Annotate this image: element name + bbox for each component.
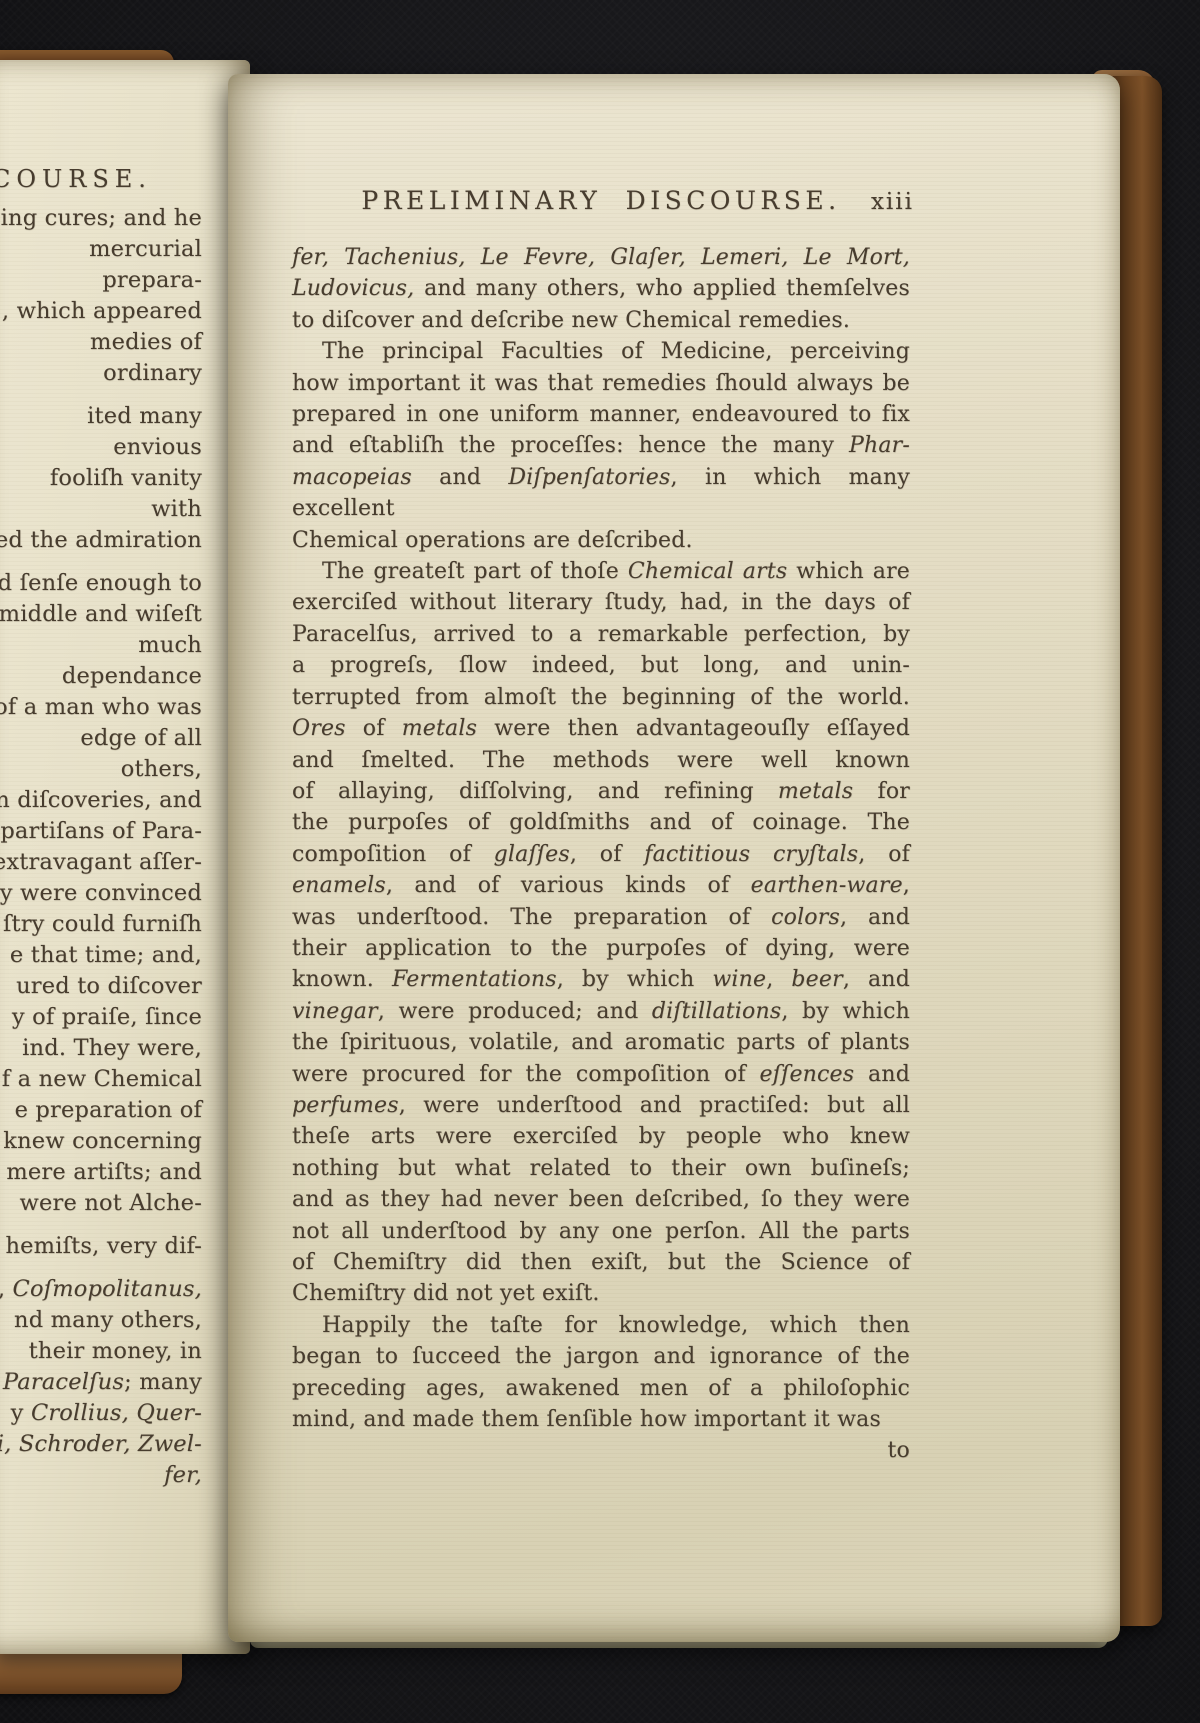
text-line: and as they had never been deſcribed, ſo… xyxy=(292,1184,910,1215)
left-page-body: ing cures; and hemercurial prepara-, whi… xyxy=(0,203,208,1491)
text-line: and ſmelted. The methods were well known xyxy=(292,745,910,776)
text-line: extravagant aſſer- xyxy=(0,847,202,878)
left-page-text: COURSE. ing cures; and hemercurial prepa… xyxy=(0,164,208,1491)
text-line: Ludovicus, and many others, who applied … xyxy=(292,273,910,304)
text-line: e that time; and, xyxy=(0,940,202,971)
text-line: edge of all others, xyxy=(0,723,202,785)
text-line: fer, xyxy=(0,1460,202,1491)
text-line: a progreſs, ſlow indeed, but long, and u… xyxy=(292,650,910,681)
text-line: middle and wiſeſt xyxy=(0,599,202,630)
line-spacer xyxy=(0,1219,202,1231)
text-line: , which appeared xyxy=(0,296,202,327)
text-line: fooliſh vanity with xyxy=(0,463,202,525)
left-page: COURSE. ing cures; and hemercurial prepa… xyxy=(0,60,250,1654)
text-line: nothing but what related to their own bu… xyxy=(292,1153,910,1184)
text-line: ſtry could furniſh xyxy=(0,909,202,940)
text-line: of allaying, diſſolving, and refining me… xyxy=(292,776,910,807)
text-line: prepared in one uniform manner, endeavou… xyxy=(292,399,910,430)
text-line: terrupted from almoſt the beginning of t… xyxy=(292,682,910,713)
text-line: mercurial prepara- xyxy=(0,234,202,296)
text-line: not all underſtood by any one perſon. Al… xyxy=(292,1216,910,1247)
text-line: of a man who was xyxy=(0,692,202,723)
text-line: y Crollius, Quer- xyxy=(0,1398,202,1429)
text-line: ured to diſcover xyxy=(0,971,202,1002)
running-header-title: PRELIMINARY DISCOURSE. xyxy=(361,186,840,215)
text-line: their money, in xyxy=(0,1336,202,1367)
text-line: known. Fermentations, by which wine, bee… xyxy=(292,964,910,995)
right-page: PRELIMINARY DISCOURSE. xiii fer, Tacheni… xyxy=(228,74,1120,1642)
text-line: enamels, and of various kinds of earthen… xyxy=(292,870,910,901)
text-line: ed the admiration xyxy=(0,525,202,556)
text-line: were not Alche- xyxy=(0,1188,202,1219)
text-line: to diſcover and deſcribe new Chemical re… xyxy=(292,305,910,336)
text-line: e preparation of xyxy=(0,1095,202,1126)
text-line: of Chemiſtry did then exiſt, but the Sci… xyxy=(292,1247,910,1278)
text-line: hemiſts, very dif- xyxy=(0,1231,202,1262)
text-line: , Coſmopolitanus, xyxy=(0,1274,202,1305)
text-line: their application to the purpoſes of dyi… xyxy=(292,933,910,964)
text-line: Ores of metals were then advantageouſly … xyxy=(292,713,910,744)
text-line: fer, Tachenius, Le Fevre, Glaſer, Lemeri… xyxy=(292,242,910,273)
line-spacer xyxy=(0,1262,202,1274)
line-spacer xyxy=(0,556,202,568)
text-line: theſe arts were exerciſed by people who … xyxy=(292,1121,910,1152)
text-line: medies of ordinary xyxy=(0,327,202,389)
text-line: n diſcoveries, and xyxy=(0,785,202,816)
text-line: perfumes, were underſtood and practiſed:… xyxy=(292,1090,910,1121)
text-line: much dependance xyxy=(0,630,202,692)
text-line: the ſpirituous, volatile, and aromatic p… xyxy=(292,1027,910,1058)
left-running-header: COURSE. xyxy=(0,164,208,195)
line-spacer xyxy=(0,389,202,401)
text-line: Chemiſtry did not yet exiſt. xyxy=(292,1278,910,1309)
text-line: nd many others, xyxy=(0,1305,202,1336)
text-line: vinegar, were produced; and diſtillation… xyxy=(292,996,910,1027)
text-line: y of praiſe, ſince xyxy=(0,1002,202,1033)
text-line: macopeias and Diſpenſatories, in which m… xyxy=(292,462,910,525)
text-line: mere artiſts; and xyxy=(0,1157,202,1188)
text-line: Paracelſus, arrived to a remarkable perf… xyxy=(292,619,910,650)
text-line: were procured for the compoſition of eſſ… xyxy=(292,1059,910,1090)
page-number: xiii xyxy=(871,189,914,215)
text-line: the purpoſes of goldſmiths and of coinag… xyxy=(292,807,910,838)
text-line: how important it was that remedies ſhoul… xyxy=(292,368,910,399)
text-line: partiſans of Para- xyxy=(0,816,202,847)
book-scan-photo: COURSE. ing cures; and hemercurial prepa… xyxy=(0,0,1200,1723)
text-line: ind. They were, xyxy=(0,1033,202,1064)
text-line: d ſenſe enough to xyxy=(0,568,202,599)
text-line: ited many envious xyxy=(0,401,202,463)
text-line: to xyxy=(292,1435,910,1466)
text-line: y were convinced xyxy=(0,878,202,909)
text-line: ing cures; and he xyxy=(0,203,202,234)
text-line: Happily the taſte for knowledge, which t… xyxy=(292,1310,910,1341)
text-line: was underſtood. The preparation of color… xyxy=(292,902,910,933)
text-line: Chemical operations are deſcribed. xyxy=(292,525,910,556)
page-body-text: fer, Tachenius, Le Fevre, Glaſer, Lemeri… xyxy=(292,242,910,1467)
text-line: began to ſucceed the jargon and ignoranc… xyxy=(292,1341,910,1372)
text-line: Paracelſus; many xyxy=(0,1367,202,1398)
text-line: knew concerning xyxy=(0,1126,202,1157)
running-header: PRELIMINARY DISCOURSE. xiii xyxy=(292,186,910,215)
text-line: exerciſed without literary ſtudy, had, i… xyxy=(292,587,910,618)
text-line: compoſition of glaſſes, of factitious cr… xyxy=(292,839,910,870)
text-line: f a new Chemical xyxy=(0,1064,202,1095)
text-line: i, Schroder, Zwel- xyxy=(0,1429,202,1460)
text-line: The principal Faculties of Medicine, per… xyxy=(292,336,910,367)
text-line: and eſtabliſh the proceſſes: hence the m… xyxy=(292,430,910,461)
text-line: The greateſt part of thoſe Chemical arts… xyxy=(292,556,910,587)
text-line: preceding ages, awakened men of a philoſ… xyxy=(292,1373,910,1404)
text-line: mind, and made them ſenſible how importa… xyxy=(292,1404,910,1435)
